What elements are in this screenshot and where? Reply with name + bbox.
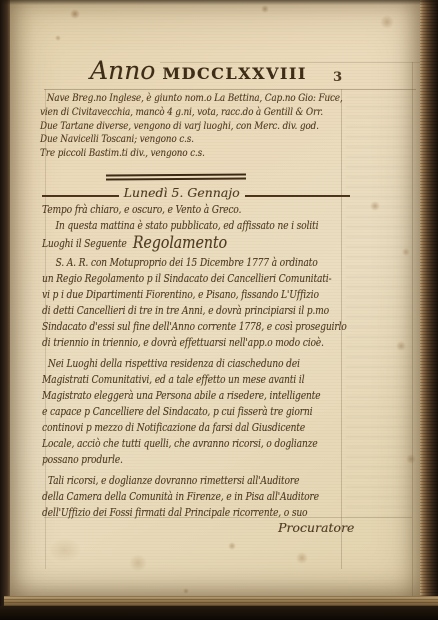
journal-line: di detti Cancellieri di tre in tre Anni,… <box>42 303 312 319</box>
table-shadow <box>0 606 438 620</box>
year-title-script: Anno <box>90 56 155 85</box>
journal-line: un Regio Regolamento p il Sindacato dei … <box>42 271 312 287</box>
journal-line: possano produrle. <box>42 452 312 468</box>
journal-line: Locale, acciò che tutti quelli, che avra… <box>42 436 312 452</box>
page-number: 3 <box>333 70 342 85</box>
book-edge-left <box>0 0 10 620</box>
arrival-line: Nave Breg.no Inglese, è giunto nom.o La … <box>40 92 309 106</box>
journal-line-text: Luoghi il Seguente <box>42 237 127 250</box>
weather-line: Tempo frà chiaro, e oscuro, e Vento à Gr… <box>42 202 312 218</box>
journal-line: Tali ricorsi, e doglianze dovranno rimet… <box>42 473 312 489</box>
journal-line: dell'Uffizio dei Fossi firmati dal Princ… <box>42 505 312 521</box>
book-photo: Anno MDCCLXXVIII 3 Nave Breg.no Inglese,… <box>0 0 438 620</box>
ship-arrivals-section: Nave Breg.no Inglese, è giunto nom.o La … <box>40 92 360 161</box>
year-header: Anno MDCCLXXVIII <box>90 56 307 85</box>
journal-line: di triennio in triennio, e dovrà effettu… <box>42 335 312 351</box>
journal-line: Nei Luoghi della rispettiva residenza di… <box>42 356 312 372</box>
arrival-line: Due Navicelli Toscani; vengono c.s. <box>40 133 309 147</box>
date-rule-left <box>42 195 119 197</box>
journal-line: Magistrati Comunitativi, ed a tale effet… <box>42 372 312 388</box>
section-divider <box>106 174 246 181</box>
date-heading: Lunedì 5. Gennajo <box>124 185 240 200</box>
regolamento-title: Regolamento <box>133 233 227 253</box>
date-rule-right <box>245 195 350 197</box>
journal-line: In questa mattina è stato pubblicato, ed… <box>42 218 312 234</box>
ruled-line-margin <box>412 62 413 596</box>
regolamento-heading-line: Luoghi il Seguente Regolamento <box>42 234 312 250</box>
year-title-roman: MDCCLXXVIII <box>162 64 307 83</box>
arrival-line: vien di Civitavecchia, mancò 4 g.ni, vot… <box>40 106 309 120</box>
journal-line: S. A. R. con Motuproprio dei 15 Dicembre… <box>42 255 312 271</box>
journal-line: della Camera della Comunità in Firenze, … <box>42 489 312 505</box>
arrival-line: Due Tartane diverse, vengono di varj luo… <box>40 120 309 134</box>
journal-line: e capace p Cancelliere del Sindacato, p … <box>42 404 312 420</box>
manuscript-page: Anno MDCCLXXVIII 3 Nave Breg.no Inglese,… <box>10 0 422 602</box>
journal-line: continovi p mezzo di Notificazione da fa… <box>42 420 312 436</box>
journal-line: Magistrato eleggerà una Persona abile a … <box>42 388 312 404</box>
ruled-line-header <box>44 89 416 90</box>
arrival-line: Tre piccoli Bastim.ti div., vengono c.s. <box>40 147 309 161</box>
book-fore-edge <box>420 0 438 620</box>
journal-line: vi p i due Dipartimenti Fiorentino, e Pi… <box>42 287 312 303</box>
journal-line: Sindacato d'essi sul fine dell'Anno corr… <box>42 319 312 335</box>
journal-entry: Tempo frà chiaro, e oscuro, e Vento à Gr… <box>42 202 364 521</box>
top-edge-shadow <box>0 0 438 5</box>
signature-procuratore: Procuratore <box>278 520 354 535</box>
date-heading-row: Lunedì 5. Gennajo <box>42 185 350 200</box>
